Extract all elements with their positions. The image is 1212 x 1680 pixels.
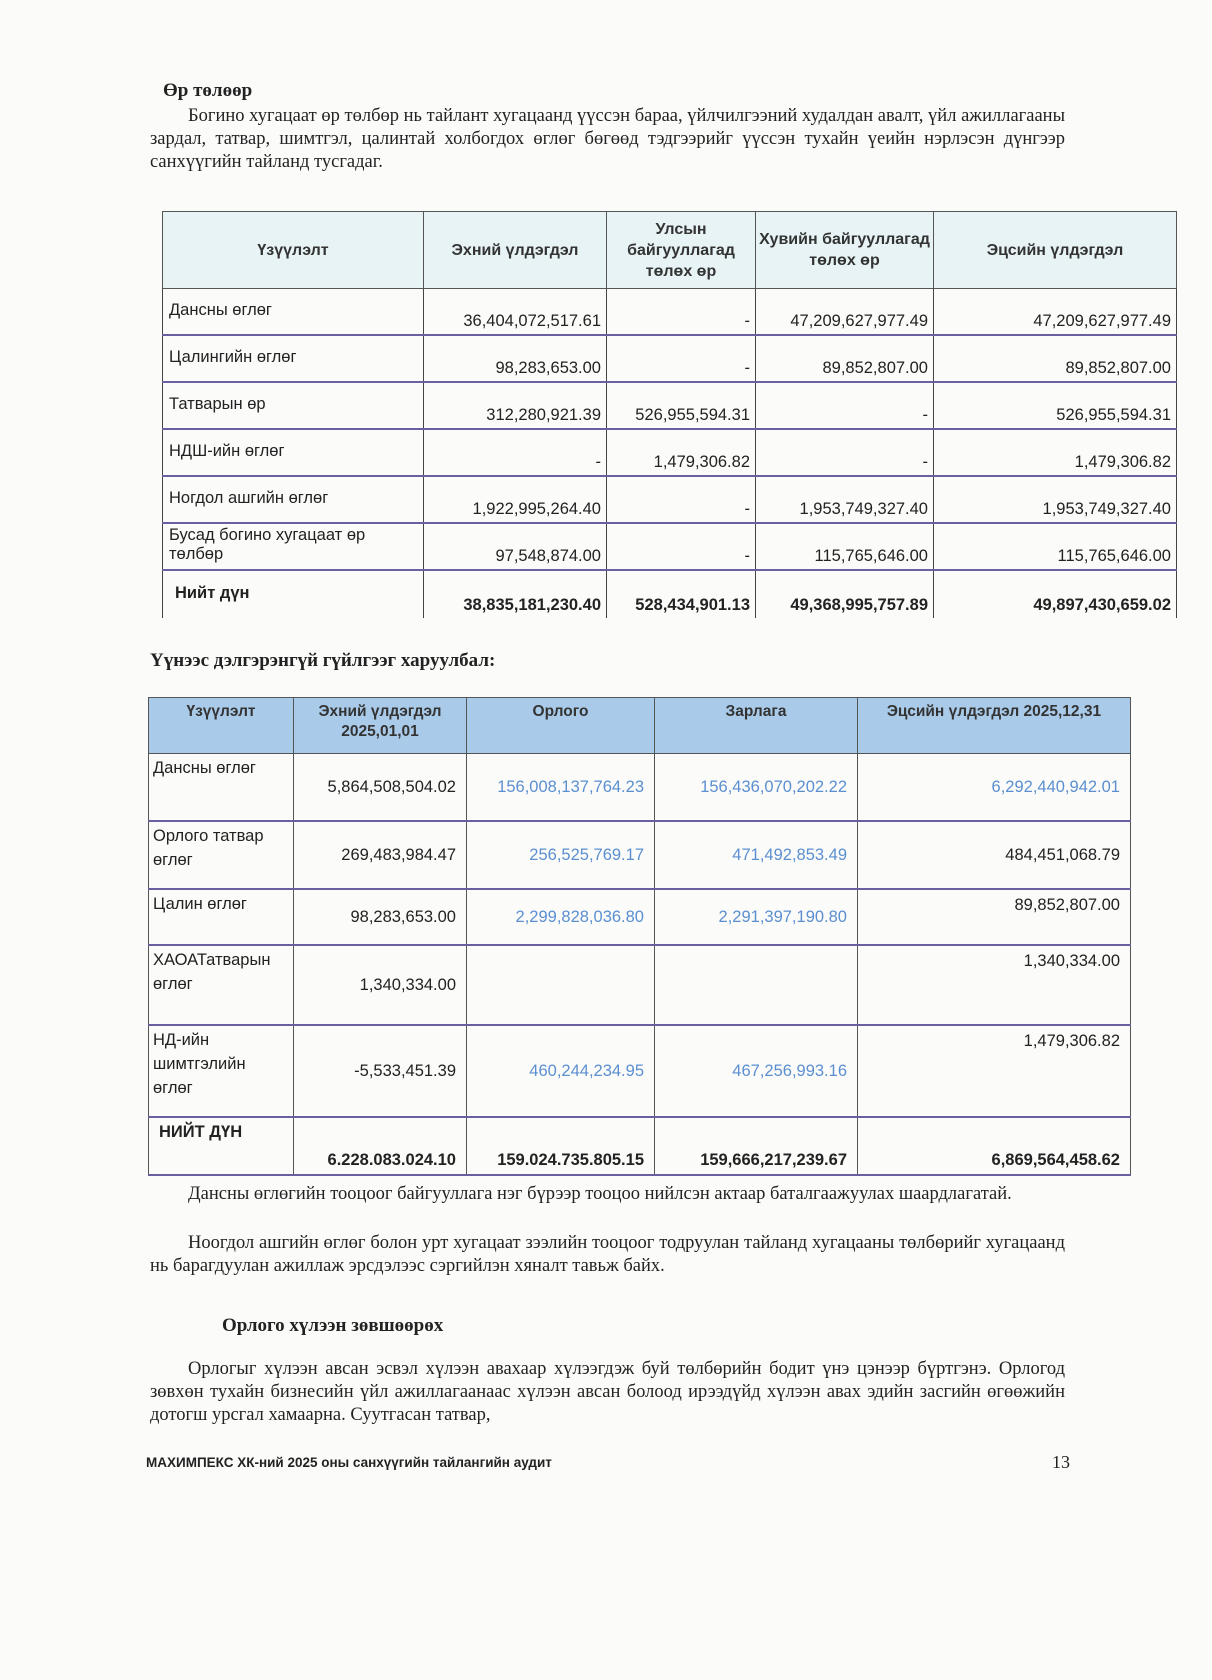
cell-closing: 1,479,306.82 <box>934 429 1177 476</box>
cell-state: - <box>607 335 756 382</box>
cell-private: 89,852,807.00 <box>756 335 934 382</box>
row-label: НИЙТ ДҮН <box>149 1117 294 1175</box>
cell-expense: 471,492,853.49 <box>655 821 858 889</box>
cell-closing: 1,479,306.82 <box>858 1025 1131 1117</box>
total-row: НИЙТ ДҮН6.228.083.024.10159.024.735.805.… <box>149 1117 1131 1175</box>
table-row: НДШ-ийн өглөг-1,479,306.82-1,479,306.82 <box>163 429 1177 476</box>
total-row: Нийт дүн38,835,181,230.40528,434,901.134… <box>163 570 1177 618</box>
row-label: Дансны өглөг <box>149 754 294 822</box>
col-header-opening: Эхний үлдэгдэл <box>424 212 607 289</box>
cell-income: 156,008,137,764.23 <box>467 754 655 822</box>
cell-opening: 312,280,921.39 <box>424 382 607 429</box>
table-row: НД-ийн шимтгэлийн өглөг-5,533,451.39460,… <box>149 1025 1131 1117</box>
cell-opening: 6.228.083.024.10 <box>294 1117 467 1175</box>
cell-opening: 98,283,653.00 <box>424 335 607 382</box>
row-label: Цалингийн өглөг <box>163 335 424 382</box>
table-row: Ногдол ашгийн өглөг1,922,995,264.40-1,95… <box>163 476 1177 523</box>
cell-closing: 1,340,334.00 <box>858 945 1131 1025</box>
table-row: Бусад богино хугацаат өр төлбөр97,548,87… <box>163 523 1177 570</box>
table-row: Дансны өглөг36,404,072,517.61-47,209,627… <box>163 289 1177 336</box>
cell-opening: - <box>424 429 607 476</box>
cell-opening: 97,548,874.00 <box>424 523 607 570</box>
cell-opening: -5,533,451.39 <box>294 1025 467 1117</box>
cell-closing: 6,292,440,942.01 <box>858 754 1131 822</box>
section-title-payables: Өр төлөөр <box>163 80 252 102</box>
col-header-expense: Зарлага <box>655 698 858 754</box>
row-label: Цалин өглөг <box>149 889 294 945</box>
cell-state: 528,434,901.13 <box>607 570 756 618</box>
cell-closing: 1,953,749,327.40 <box>934 476 1177 523</box>
col-header-indicator: Үзүүлэлт <box>149 698 294 754</box>
cell-closing: 6,869,564,458.62 <box>858 1117 1131 1175</box>
table-row: Цалингийн өглөг98,283,653.00-89,852,807.… <box>163 335 1177 382</box>
paragraph-payables-intro: Богино хугацаат өр төлбөр нь тайлант хуг… <box>150 105 1065 174</box>
cell-private: - <box>756 382 934 429</box>
table-row: Орлого татвар өглөг269,483,984.47256,525… <box>149 821 1131 889</box>
cell-opening: 5,864,508,504.02 <box>294 754 467 822</box>
cell-private: - <box>756 429 934 476</box>
cell-closing: 115,765,646.00 <box>934 523 1177 570</box>
cell-income: 256,525,769.17 <box>467 821 655 889</box>
paragraph-dividend-control: Ноогдол ашгийн өглөг болон урт хугацаат … <box>150 1232 1065 1278</box>
cell-income: 460,244,234.95 <box>467 1025 655 1117</box>
cell-opening: 1,340,334.00 <box>294 945 467 1025</box>
cell-state: - <box>607 289 756 336</box>
cell-expense: 2,291,397,190.80 <box>655 889 858 945</box>
document-page: Өр төлөөр Богино хугацаат өр төлбөр нь т… <box>0 0 1212 1680</box>
paragraph-reconciliation: Дансны өглөгийн тооцоог байгууллага нэг … <box>150 1183 1065 1206</box>
table-row: ХАОАТатварын өглөг1,340,334.001,340,334.… <box>149 945 1131 1025</box>
cell-expense: 159,666,217,239.67 <box>655 1117 858 1175</box>
table-row: Татварын өр312,280,921.39526,955,594.31-… <box>163 382 1177 429</box>
cell-private: 47,209,627,977.49 <box>756 289 934 336</box>
cell-private: 115,765,646.00 <box>756 523 934 570</box>
payables-summary-table: Үзүүлэлт Эхний үлдэгдэл Улсын байгууллаг… <box>162 211 1177 618</box>
row-label: Татварын өр <box>163 382 424 429</box>
cell-closing: 89,852,807.00 <box>934 335 1177 382</box>
page-number: 13 <box>1052 1452 1070 1473</box>
cell-closing: 526,955,594.31 <box>934 382 1177 429</box>
cell-state: 1,479,306.82 <box>607 429 756 476</box>
cell-opening: 36,404,072,517.61 <box>424 289 607 336</box>
col-header-state: Улсын байгууллагад төлөх өр <box>607 212 756 289</box>
payables-detail-table: Үзүүлэлт Эхний үлдэгдэл 2025,01,01 Орлог… <box>148 697 1131 1176</box>
row-label: Орлого татвар өглөг <box>149 821 294 889</box>
cell-opening: 269,483,984.47 <box>294 821 467 889</box>
cell-private: 49,368,995,757.89 <box>756 570 934 618</box>
cell-income: 159.024.735.805.15 <box>467 1117 655 1175</box>
cell-income: 2,299,828,036.80 <box>467 889 655 945</box>
row-label: НД-ийн шимтгэлийн өглөг <box>149 1025 294 1117</box>
row-label: Дансны өглөг <box>163 289 424 336</box>
detail-subtitle: Үүнээс дэлгэрэнгүй гүйлгээг харуулбал: <box>150 650 495 672</box>
col-header-indicator: Үзүүлэлт <box>163 212 424 289</box>
col-header-private: Хувийн байгууллагад төлөх өр <box>756 212 934 289</box>
col-header-closing-2025-12-31: Эцсийн үлдэгдэл 2025,12,31 <box>858 698 1131 754</box>
cell-opening: 1,922,995,264.40 <box>424 476 607 523</box>
col-header-closing: Эцсийн үлдэгдэл <box>934 212 1177 289</box>
table-row: Цалин өглөг98,283,653.002,299,828,036.80… <box>149 889 1131 945</box>
footer-text: МАХИМПЕКС ХК-ний 2025 оны санхүүгийн тай… <box>146 1455 552 1470</box>
cell-closing: 47,209,627,977.49 <box>934 289 1177 336</box>
cell-opening: 98,283,653.00 <box>294 889 467 945</box>
col-header-opening-2025-01-01: Эхний үлдэгдэл 2025,01,01 <box>294 698 467 754</box>
cell-state: - <box>607 523 756 570</box>
row-label: Бусад богино хугацаат өр төлбөр <box>163 523 424 570</box>
cell-opening: 38,835,181,230.40 <box>424 570 607 618</box>
cell-closing: 89,852,807.00 <box>858 889 1131 945</box>
cell-expense <box>655 945 858 1025</box>
cell-income <box>467 945 655 1025</box>
cell-expense: 156,436,070,202.22 <box>655 754 858 822</box>
cell-closing: 484,451,068.79 <box>858 821 1131 889</box>
row-label: ХАОАТатварын өглөг <box>149 945 294 1025</box>
row-label: НДШ-ийн өглөг <box>163 429 424 476</box>
cell-state: - <box>607 476 756 523</box>
cell-private: 1,953,749,327.40 <box>756 476 934 523</box>
table-row: Дансны өглөг5,864,508,504.02156,008,137,… <box>149 754 1131 822</box>
cell-expense: 467,256,993.16 <box>655 1025 858 1117</box>
cell-state: 526,955,594.31 <box>607 382 756 429</box>
cell-closing: 49,897,430,659.02 <box>934 570 1177 618</box>
paragraph-revenue-recognition: Орлогыг хүлээн авсан эсвэл хүлээн авахаа… <box>150 1358 1065 1427</box>
row-label: Ногдол ашгийн өглөг <box>163 476 424 523</box>
row-label: Нийт дүн <box>163 570 424 618</box>
col-header-income: Орлого <box>467 698 655 754</box>
section-title-revenue-recognition: Орлого хүлээн зөвшөөрөх <box>222 1315 443 1337</box>
